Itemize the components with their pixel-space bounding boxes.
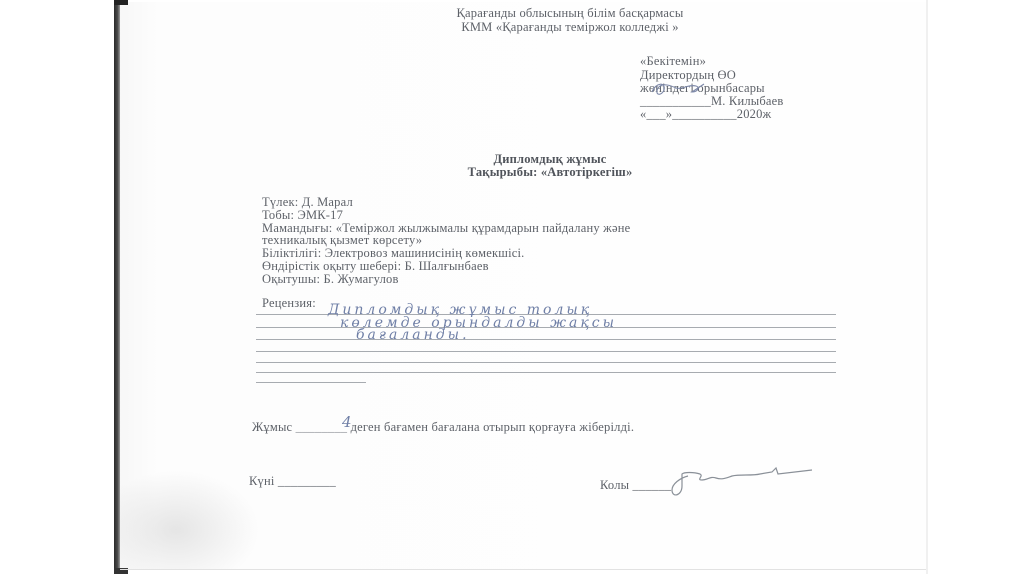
training-master: Өндірістік оқыту шебері: Б. Шалғынбаев <box>262 259 489 273</box>
group-name: Тобы: ЭМК-17 <box>262 208 343 222</box>
review-rule <box>256 339 836 340</box>
approval-signature-icon <box>648 78 708 100</box>
grade-statement: Жұмыс ________ деген бағамен бағалана от… <box>252 420 634 434</box>
grade-blank: ________ <box>296 420 348 434</box>
qualification: Біліктілігі: Электровоз машинисінің көме… <box>262 246 525 260</box>
date-field: Күні _________ <box>249 474 336 488</box>
grade-value: 4 <box>342 413 352 431</box>
signature-icon <box>660 462 820 502</box>
review-label: Рецензия: <box>262 296 316 310</box>
approval-title: «Бекітемін» <box>640 54 706 68</box>
scanned-document: Қарағанды облысының білім басқармасы КММ… <box>0 0 1024 574</box>
approval-date: «___»__________2020ж <box>640 107 771 121</box>
header-college: КММ «Қарағанды теміржол колледжі » <box>380 20 760 34</box>
review-handwriting-line-3: бағаланды. <box>356 327 470 343</box>
graduate-name: Түлек: Д. Марал <box>262 195 353 209</box>
paper-bottom-edge <box>120 569 926 570</box>
scan-shadow <box>120 470 260 570</box>
header-organization: Қарағанды облысының білім басқармасы <box>380 6 760 20</box>
paper-right-edge <box>926 0 928 574</box>
review-rule <box>256 372 836 373</box>
teacher: Оқытушы: Б. Жумагулов <box>262 272 399 286</box>
grade-suffix: деген бағамен бағалана отырып қорғауға ж… <box>351 420 635 434</box>
document-title: Дипломдық жұмыс <box>400 152 700 166</box>
grade-prefix: Жұмыс <box>252 420 292 434</box>
review-rule <box>256 362 836 363</box>
paper-corner-top <box>114 0 128 5</box>
review-rule <box>256 382 366 383</box>
review-rule <box>256 351 836 352</box>
document-topic: Тақырыбы: «Автотіркегіш» <box>400 165 700 179</box>
specialty-line-2: техникалық қызмет көрсету» <box>262 233 422 247</box>
